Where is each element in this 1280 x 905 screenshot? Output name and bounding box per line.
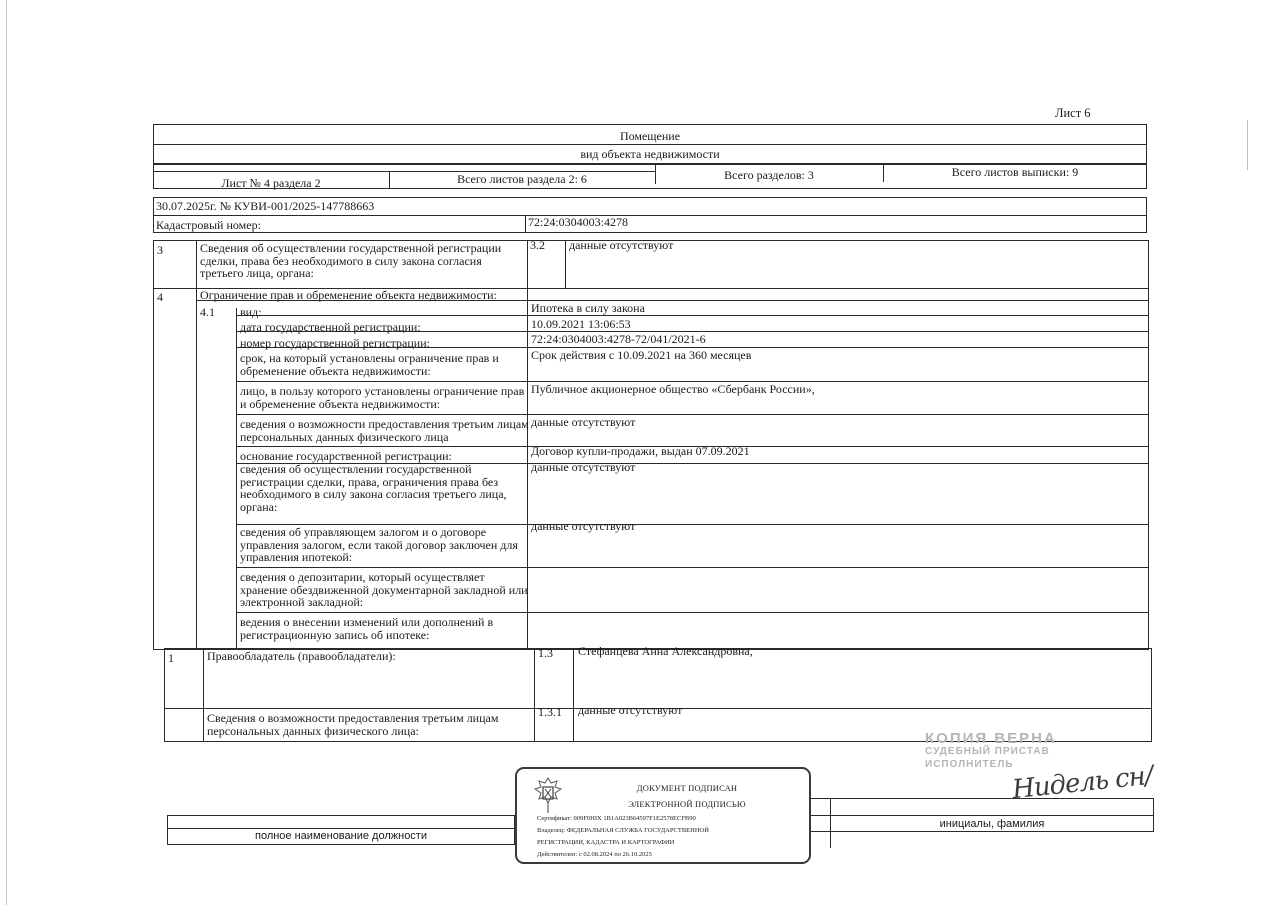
row4-number: 4 <box>157 291 163 304</box>
personal-data-value: данные отсутствуют <box>578 704 682 717</box>
total-sheets-extract: Всего листов выписки: 9 <box>883 166 1147 179</box>
emblem-icon <box>531 775 565 815</box>
object-type-value: Помещение <box>153 130 1147 143</box>
divider <box>236 308 237 650</box>
item-label: срок, на который установлены ограничение… <box>240 352 530 377</box>
copy-stamp-line1: КОПИЯ ВЕРНА <box>925 732 1057 745</box>
divider <box>153 215 1147 216</box>
rightholder-name: Стефанцева Анна Александровна, <box>578 645 753 658</box>
divider <box>808 815 1154 816</box>
cadastral-label: Кадастровый номер: <box>156 219 261 232</box>
initials-caption: инициалы, фамилия <box>830 818 1154 831</box>
extract-date-number: 30.07.2025г. № КУВИ-001/2025-147788663 <box>156 200 374 213</box>
scan-mark <box>1247 120 1248 170</box>
item-label: вид: <box>240 306 262 319</box>
cadastral-number: 72:24:0304003:4278 <box>528 216 628 229</box>
stamp-owner-2: РЕГИСТРАЦИИ, КАДАСТРА И КАРТОГРАФИИ <box>537 839 837 846</box>
item-label: сведения об осуществлении государственно… <box>240 463 530 513</box>
electronic-signature-stamp: ДОКУМЕНТ ПОДПИСАН ЭЛЕКТРОННОЙ ПОДПИСЬЮ С… <box>515 767 811 864</box>
copy-certified-stamp: КОПИЯ ВЕРНА СУДЕБНЫЙ ПРИСТАВ ИСПОЛНИТЕЛЬ <box>925 732 1057 771</box>
row3-value: данные отсутствуют <box>569 239 673 252</box>
stamp-certificate: Сертификат: 009F0HIX 1B1A023B64597F1E257… <box>537 815 837 822</box>
rightholder-number: 1 <box>168 652 174 665</box>
item-value: Публичное акционерное общество «Сбербанк… <box>531 383 815 396</box>
rightholder-label: Правообладатель (правообладатели): <box>207 650 396 663</box>
item-label: лицо, в пользу которого установлены огра… <box>240 385 530 410</box>
item-value: данные отсутствуют <box>531 520 635 533</box>
item-label: сведения о возможности предоставления тр… <box>240 418 530 443</box>
divider <box>167 828 515 829</box>
sheet-label: Лист 6 <box>1055 107 1091 120</box>
divider <box>573 648 574 742</box>
total-sheets-section: Всего листов раздела 2: 6 <box>389 173 655 186</box>
divider <box>565 240 566 288</box>
item-value: Договор купли-продажи, выдан 07.09.2021 <box>531 445 750 458</box>
item-label: ведения о внесении изменений или дополне… <box>240 616 530 641</box>
row4-sub-number: 4.1 <box>200 306 215 319</box>
item-value: данные отсутствуют <box>531 461 635 474</box>
scan-edge <box>6 0 7 905</box>
item-label: сведения о депозитарии, который осуществ… <box>240 571 530 609</box>
item-value: данные отсутствуют <box>531 416 635 429</box>
divider <box>236 612 1149 613</box>
divider <box>525 215 526 233</box>
copy-stamp-line2: СУДЕБНЫЙ ПРИСТАВ <box>925 745 1057 758</box>
divider <box>236 315 1149 316</box>
item-label: номер государственной регистрации: <box>240 337 430 350</box>
position-caption: полное наименование должности <box>167 830 515 843</box>
row3-label: Сведения об осуществлении государственно… <box>200 242 522 280</box>
item-value: Срок действия с 10.09.2021 на 360 месяце… <box>531 349 751 362</box>
stamp-valid: Действителен: с 02.08.2024 по 26.10.2025 <box>537 851 837 858</box>
item-value: 10.09.2021 13:06:53 <box>531 318 631 331</box>
divider <box>236 414 1149 415</box>
stamp-title-2: ЭЛЕКТРОННОЙ ПОДПИСЬЮ <box>597 799 777 809</box>
rightholder-sub-number: 1.3 <box>538 647 553 660</box>
item-label: дата государственной регистрации: <box>240 321 421 334</box>
total-sections: Всего разделов: 3 <box>655 169 883 182</box>
divider <box>196 240 197 650</box>
row3-sub-number: 3.2 <box>530 239 545 252</box>
item-value: Ипотека в силу закона <box>531 302 645 315</box>
stamp-owner-1: Владелец: ФЕДЕРАЛЬНАЯ СЛУЖБА ГОСУДАРСТВЕ… <box>537 827 837 834</box>
personal-data-sub-number: 1.3.1 <box>538 706 562 719</box>
row3-number: 3 <box>157 244 163 257</box>
object-type-caption: вид объекта недвижимости <box>153 148 1147 161</box>
item-value: 72:24:0304003:4278-72/041/2021-6 <box>531 333 706 346</box>
sheet-of-section: Лист № 4 раздела 2 <box>153 177 389 190</box>
divider <box>153 144 1147 145</box>
item-label: сведения об управляющем залогом и о дого… <box>240 526 530 564</box>
divider <box>153 171 389 172</box>
personal-data-label: Сведения о возможности предоставления тр… <box>207 712 535 737</box>
divider <box>196 300 1149 301</box>
divider <box>236 567 1149 568</box>
divider <box>203 648 204 742</box>
stamp-title-1: ДОКУМЕНТ ПОДПИСАН <box>597 783 777 793</box>
copy-stamp-line3: ИСПОЛНИТЕЛЬ <box>925 758 1057 771</box>
